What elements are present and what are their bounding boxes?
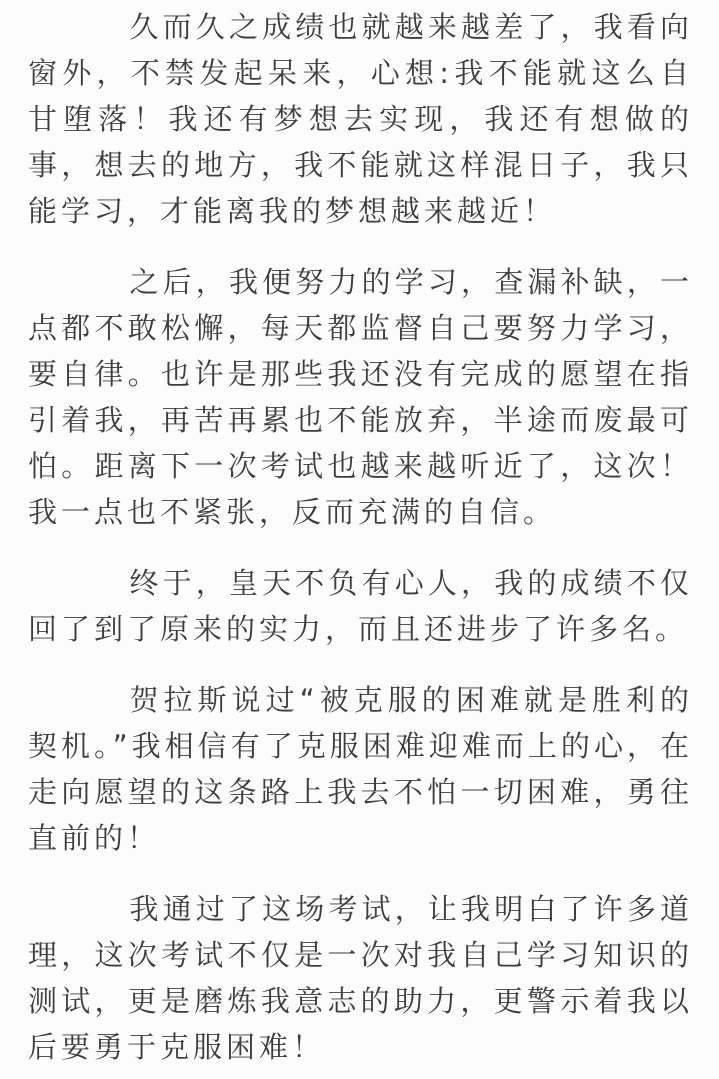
- essay-paragraph-3: 终于，皇天不负有心人，我的成绩不仅回了到了原来的实力，而且还进步了许多名。: [28, 560, 693, 652]
- essay-page: 久而久之成绩也就越来越差了，我看向窗外，不禁发起呆来，心想:我不能就这么自甘堕落…: [0, 0, 719, 1079]
- essay-paragraph-2: 之后，我便努力的学习，查漏补缺，一点都不敢松懈，每天都监督自己要努力学习，要自律…: [28, 259, 693, 535]
- essay-paragraph-5: 我通过了这场考试，让我明白了许多道理，这次考试不仅是一次对我自己学习知识的测试，…: [28, 886, 693, 1070]
- essay-paragraph-4: 贺拉斯说过“被克服的困难就是胜利的契机。”我相信有了克服困难迎难而上的心，在走向…: [28, 677, 693, 861]
- essay-paragraph-1: 久而久之成绩也就越来越差了，我看向窗外，不禁发起呆来，心想:我不能就这么自甘堕落…: [28, 4, 693, 234]
